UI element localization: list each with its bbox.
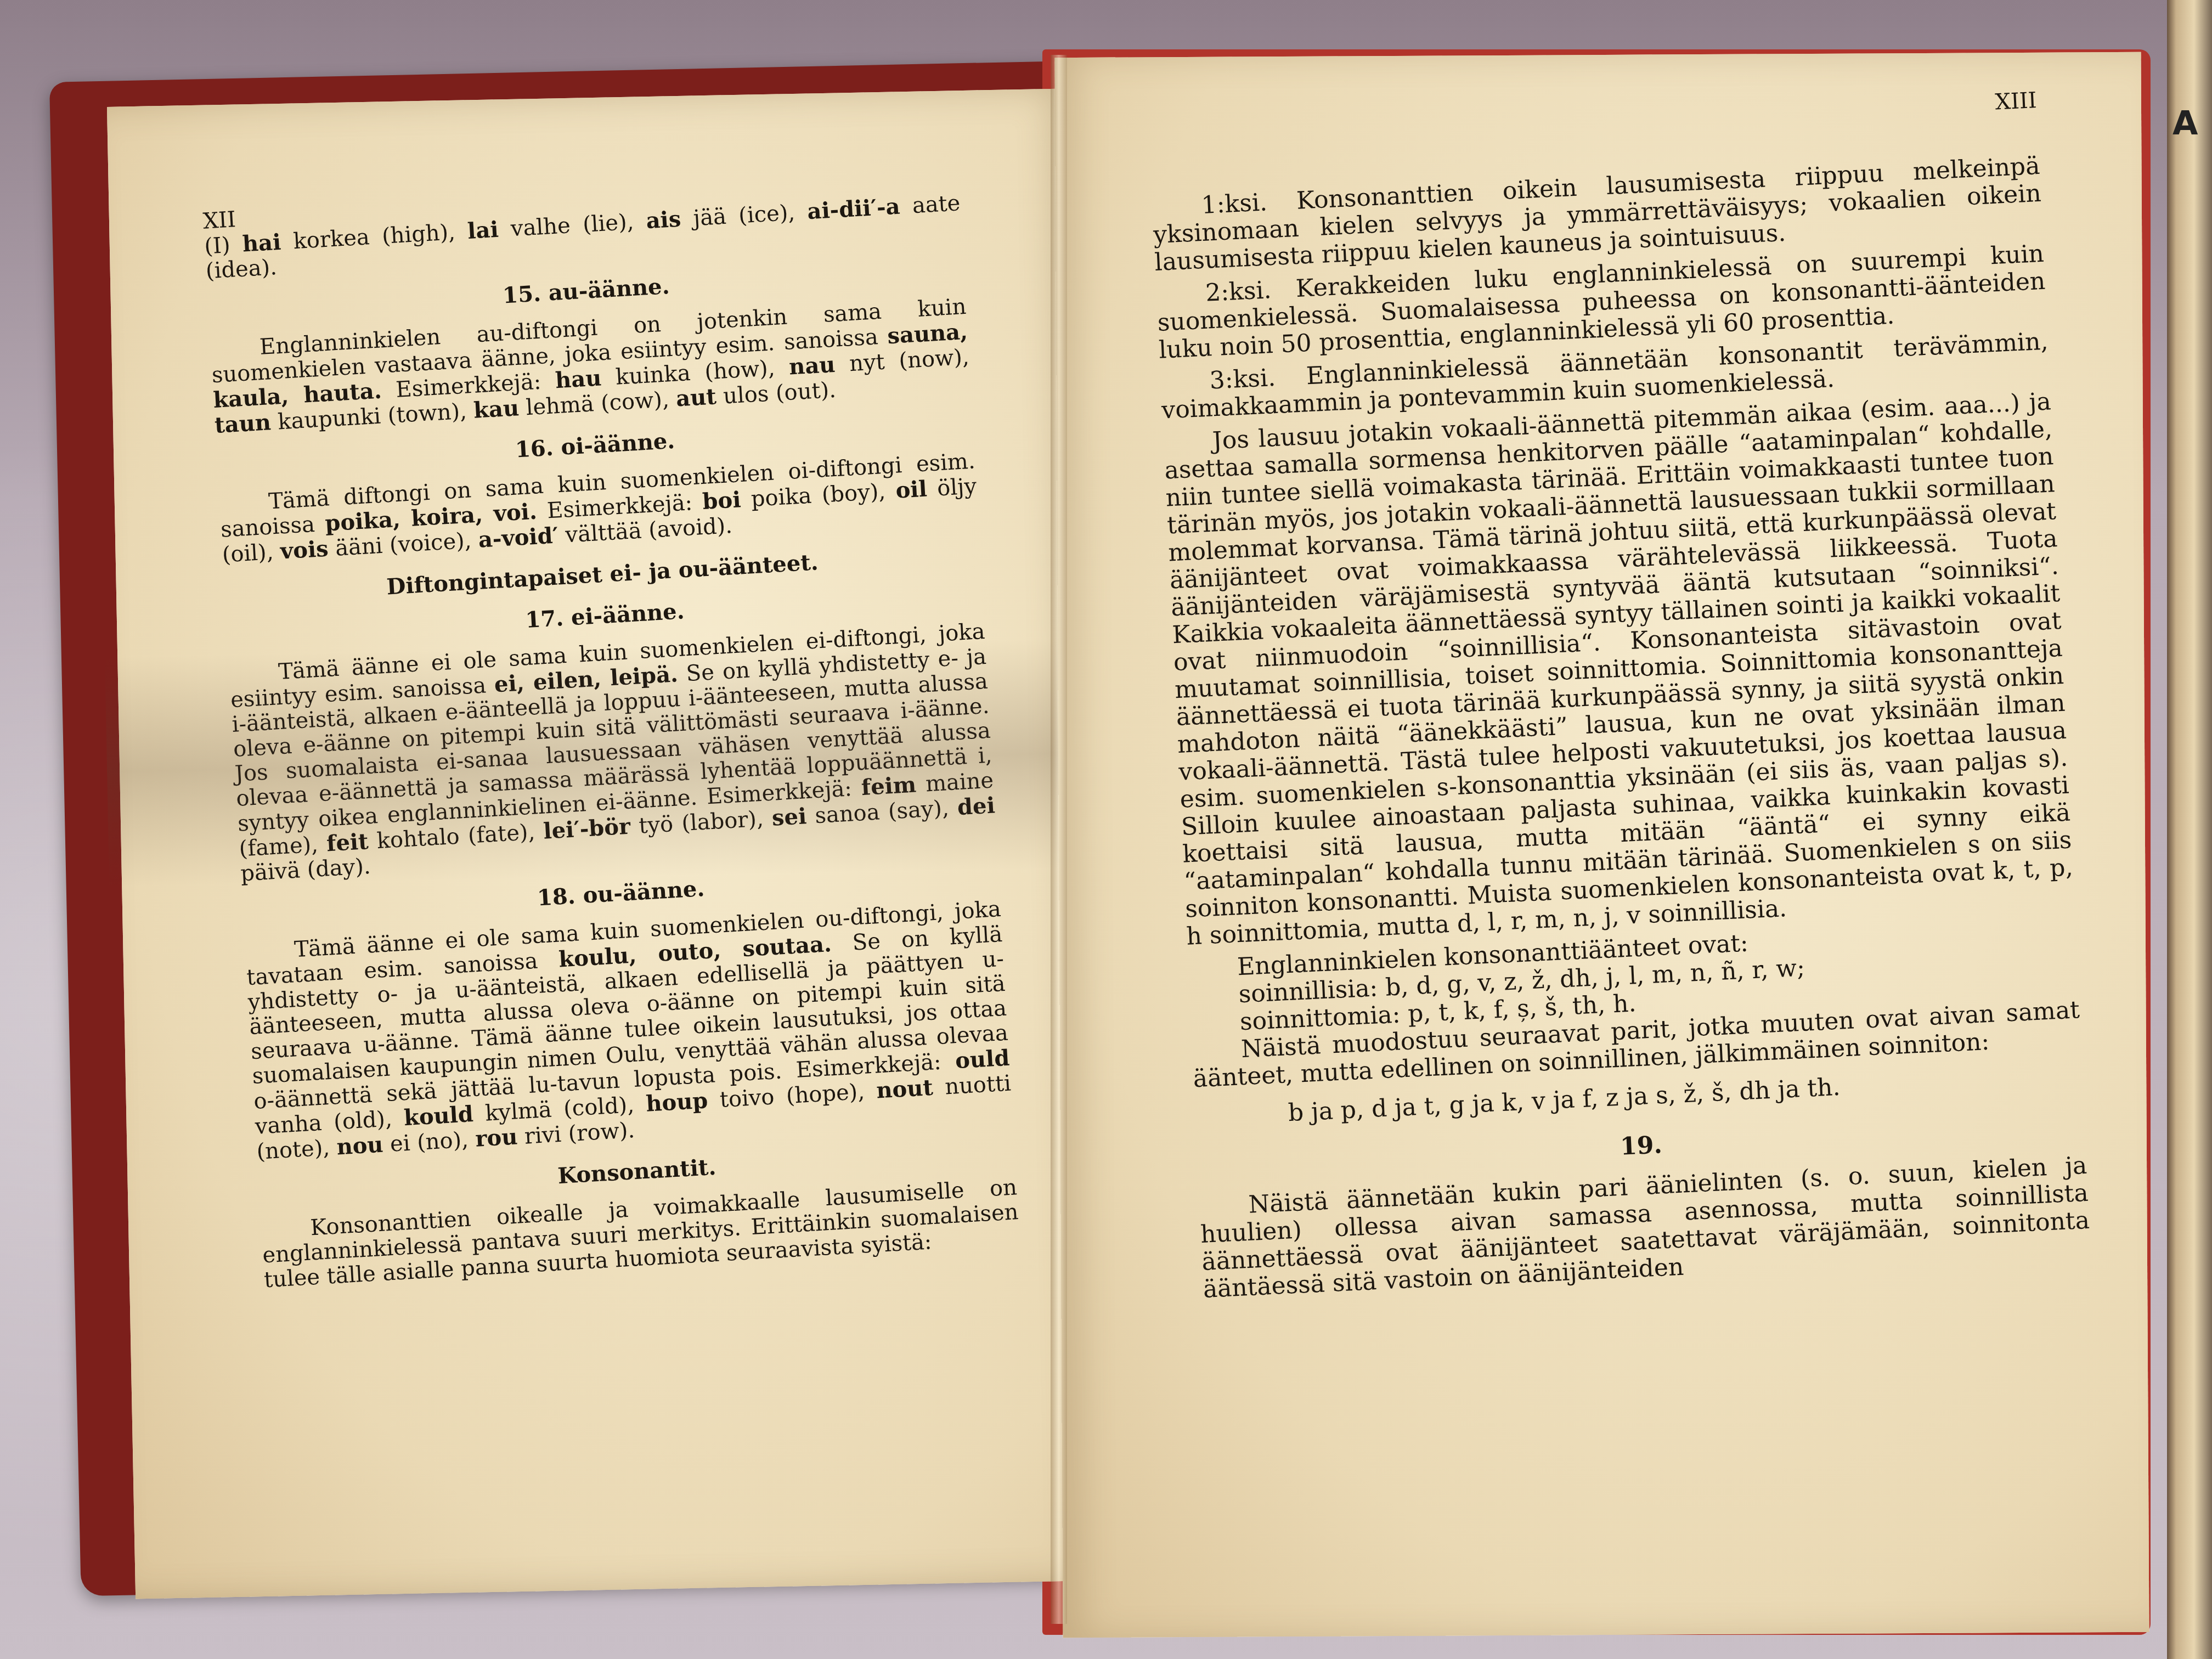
hand-shadow [105, 638, 1075, 887]
right-page-text: XIII 1:ksi. Konsonanttien oikein lausumi… [1148, 87, 2092, 1309]
book-gutter [1051, 55, 1067, 1624]
example-word: ai-dii′-a [806, 194, 901, 225]
example-word: lai [467, 217, 499, 244]
example-word: nau [788, 352, 836, 380]
example-word: a-void′ [478, 522, 560, 552]
example-word: kould [403, 1101, 474, 1131]
example-word: nou [336, 1132, 383, 1160]
paragraph: Jos lausuu jotakin vokaali-äännettä pite… [1163, 388, 2075, 950]
paragraph: Näistä äännetään kukin pari äänielinten … [1199, 1152, 2092, 1304]
right-page-number: XIII [1148, 87, 2038, 156]
example-word: houp [645, 1087, 708, 1116]
adjacent-book-edge: A [2167, 0, 2212, 1659]
example-word: boi [702, 487, 741, 515]
example-word: ould [955, 1045, 1010, 1074]
example-word: aut [675, 383, 717, 411]
adjacent-book-label: A [2172, 104, 2198, 143]
example-word: kau [473, 395, 520, 424]
example-word: hai [242, 229, 282, 257]
example-word: vois [280, 536, 329, 565]
example-word: koulu, outo, soutaa. [558, 931, 832, 973]
paragraph: Tämä äänne ei ole sama kuin suomenkielen… [244, 897, 1013, 1165]
example-word: rou [475, 1124, 518, 1152]
example-word: oil [895, 476, 928, 504]
example-word: taun [214, 409, 272, 438]
example-word: nout [876, 1075, 934, 1104]
right-page-content: 1:ksi. Konsonanttien oikein lausumisesta… [1152, 153, 2092, 1304]
example-word: ais [645, 206, 681, 234]
example-word: hau [555, 365, 602, 393]
right-page: XIII 1:ksi. Konsonanttien oikein lausumi… [1054, 52, 2149, 1638]
